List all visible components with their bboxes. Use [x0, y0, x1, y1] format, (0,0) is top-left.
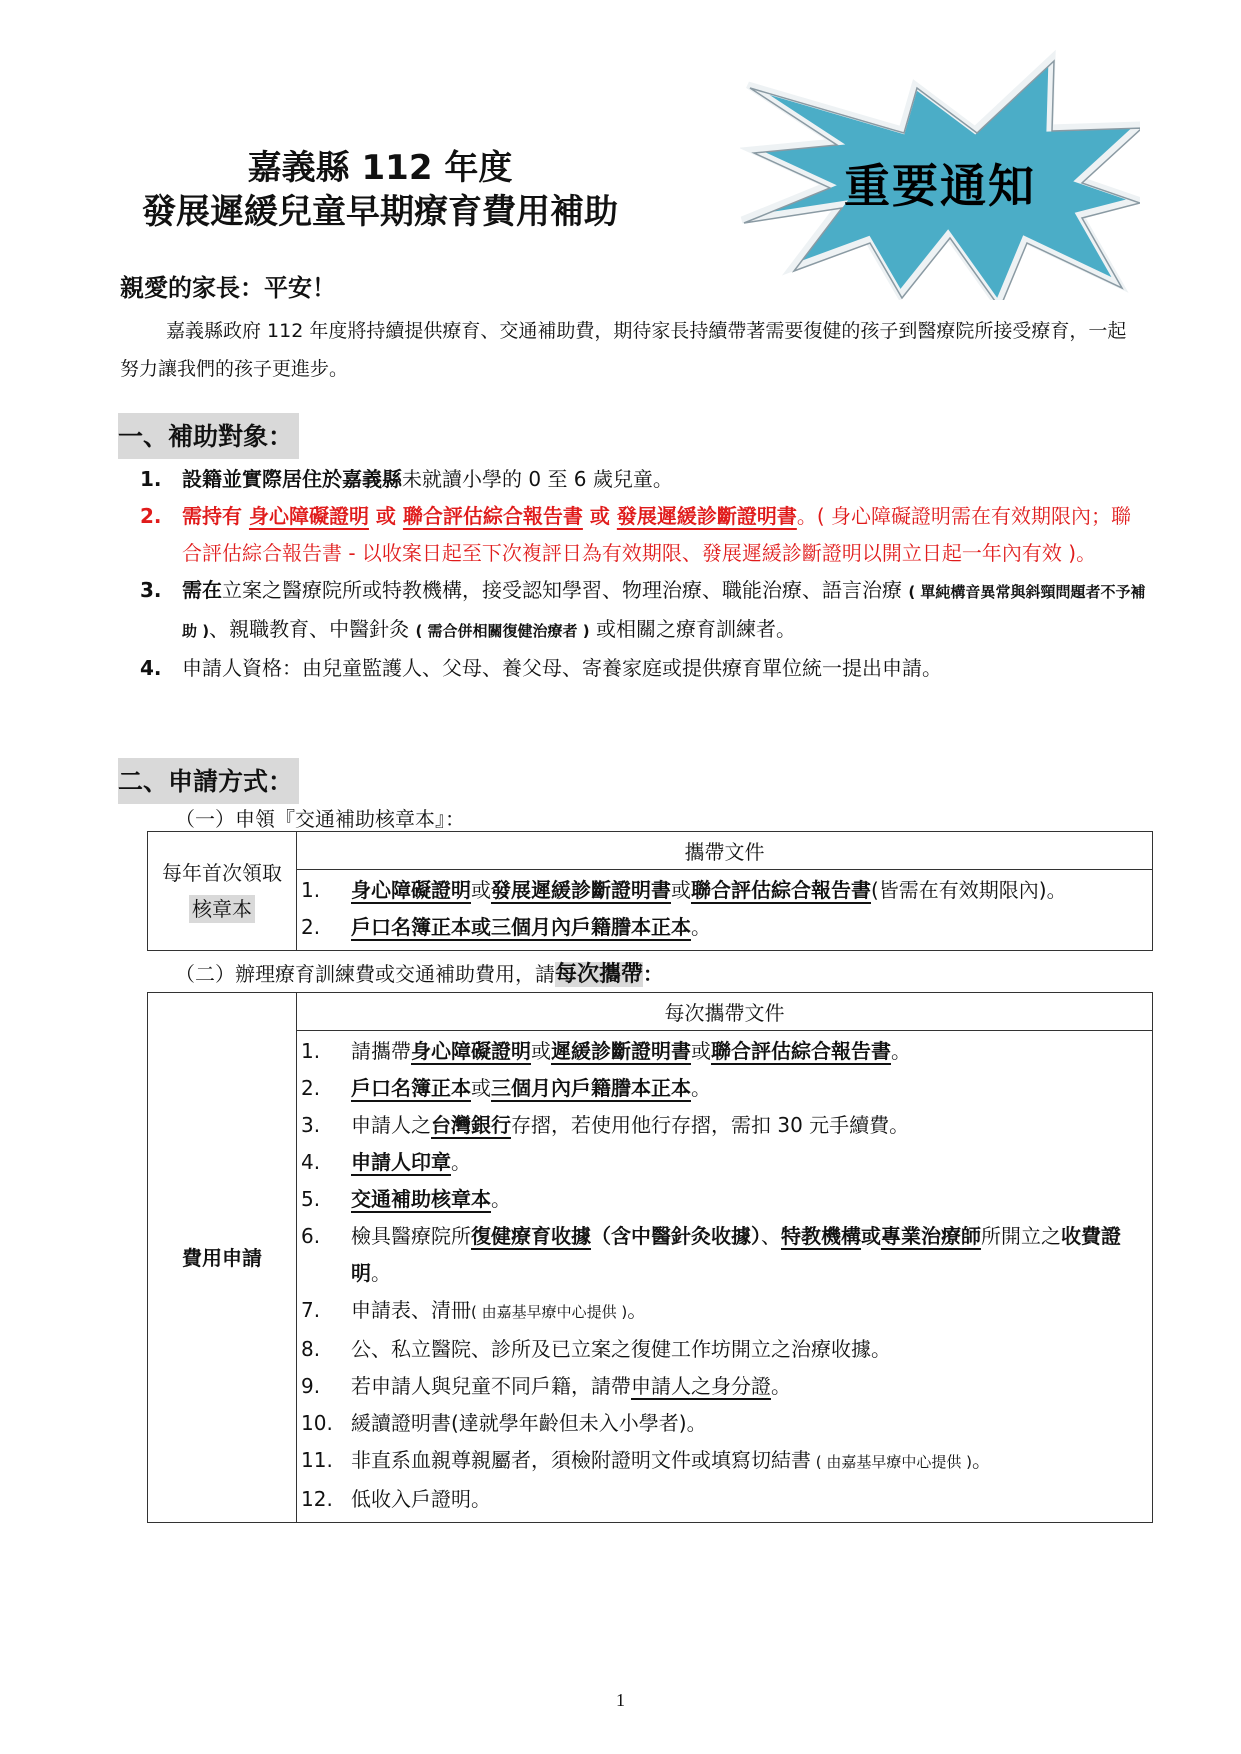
- document-item: 8.公、私立醫院、診所及已立案之復健工作坊開立之治療收據。: [297, 1331, 1152, 1368]
- item-number: 12.: [297, 1481, 351, 1518]
- text-run: 緩讀證明書(達就學年齡但未入小學者)。: [351, 1411, 707, 1435]
- part2-subheading-suffix: ：: [643, 962, 663, 986]
- part2-subheading-highlight: 每次攜帶: [555, 962, 643, 987]
- section2-heading: 二、申請方式：: [118, 758, 299, 804]
- text-run: 身心障礙證明: [249, 504, 369, 528]
- document-title-line2: 發展遲緩兒童早期療育費用補助: [120, 190, 640, 234]
- text-run: 或: [471, 1076, 491, 1100]
- item-number: 1.: [140, 461, 182, 498]
- document-item: 5.交通補助核章本。: [297, 1181, 1152, 1218]
- item-number: 6.: [297, 1218, 351, 1292]
- text-run: 或: [471, 878, 491, 902]
- text-run: 發展遲緩診斷證明書: [617, 504, 797, 528]
- text-run: 申請人印章: [351, 1150, 451, 1174]
- text-run: 身心障礙證明: [411, 1039, 531, 1063]
- text-run: 。: [891, 1039, 911, 1063]
- section1-heading: 一、補助對象：: [118, 413, 299, 459]
- row-label-line1: 每年首次領取: [148, 855, 296, 891]
- part1-subheading: （一）申領『交通補助核章本』：: [175, 803, 465, 832]
- item-number: 2.: [297, 1070, 351, 1107]
- text-run: 發展遲緩診斷證明書: [491, 878, 671, 902]
- text-run: ( 需合併相關復健治療者 ): [415, 622, 589, 640]
- text-run: 檢具醫療院所: [351, 1224, 471, 1248]
- text-run: 戶口名簿正本或: [351, 915, 491, 939]
- text-run: 或: [671, 878, 691, 902]
- item-text: 需持有 身心障礙證明 或 聯合評估綜合報告書 或 發展遲緩診斷證明書。( 身心障…: [182, 498, 1150, 572]
- item-text: 申請表、清冊( 由嘉基早療中心提供 )。: [351, 1292, 1152, 1331]
- part2-subheading: （二）辦理療育訓練費或交通補助費用，請每次攜帶：: [175, 955, 663, 994]
- text-run: 請攜帶: [351, 1039, 411, 1063]
- text-run: 或: [861, 1224, 881, 1248]
- stamp-book-documents: 1.身心障礙證明或發展遲緩診斷證明書或聯合評估綜合報告書(皆需在有效期限內)。2…: [297, 870, 1153, 951]
- item-text: 申請人印章。: [351, 1144, 1152, 1181]
- eligibility-item: 2.需持有 身心障礙證明 或 聯合評估綜合報告書 或 發展遲緩診斷證明書。( 身…: [140, 498, 1150, 572]
- text-run: 。: [972, 1448, 992, 1472]
- eligibility-list: 1.設籍並實際居住於嘉義縣未就讀小學的 0 至 6 歲兒童。2.需持有 身心障礙…: [140, 461, 1150, 687]
- text-run: 特教機構: [781, 1224, 861, 1248]
- text-run: 。: [371, 1261, 391, 1285]
- page-number: 1: [0, 1690, 1241, 1711]
- text-run: 。: [451, 1150, 471, 1174]
- document-item: 6.檢具醫療院所復健療育收據（含中醫針灸收據）、特教機構或專業治療師所開立之收費…: [297, 1218, 1152, 1292]
- text-run: 。: [491, 1187, 511, 1211]
- text-run: ( 由嘉基早療中心提供 ): [471, 1303, 627, 1321]
- document-item: 1.身心障礙證明或發展遲緩診斷證明書或聯合評估綜合報告書(皆需在有效期限內)。: [297, 872, 1152, 909]
- item-number: 4.: [140, 650, 182, 687]
- document-item: 7.申請表、清冊( 由嘉基早療中心提供 )。: [297, 1292, 1152, 1331]
- document-title-line1: 嘉義縣 112 年度: [120, 146, 640, 190]
- item-text: 若申請人與兒童不同戶籍，請帶申請人之身分證。: [351, 1368, 1152, 1405]
- text-run: 未就讀小學的 0 至 6 歲兒童。: [402, 467, 673, 491]
- item-number: 9.: [297, 1368, 351, 1405]
- item-number: 8.: [297, 1331, 351, 1368]
- row-label-fee-application: 費用申請: [148, 993, 297, 1523]
- document-item: 11.非直系血親尊親屬者，須檢附證明文件或填寫切結書 ( 由嘉基早療中心提供 )…: [297, 1442, 1152, 1481]
- item-number: 1.: [297, 1033, 351, 1070]
- document-item: 12.低收入戶證明。: [297, 1481, 1152, 1518]
- text-run: 存摺，若使用他行存摺，需扣 30 元手續費。: [511, 1113, 909, 1137]
- text-run: 交通補助核章本: [351, 1187, 491, 1211]
- item-text: 戶口名簿正本或三個月內戶籍謄本正本。: [351, 1070, 1152, 1107]
- fee-application-documents: 1.請攜帶身心障礙證明或遲緩診斷證明書或聯合評估綜合報告書。2.戶口名簿正本或三…: [297, 1031, 1153, 1523]
- item-text: 需在立案之醫療院所或特教機構，接受認知學習、物理治療、職能治療、語言治療 ( 單…: [182, 572, 1150, 650]
- item-number: 7.: [297, 1292, 351, 1331]
- text-run: 。: [691, 1076, 711, 1100]
- text-run: 身心障礙證明: [351, 878, 471, 902]
- document-item: 10.緩讀證明書(達就學年齡但未入小學者)。: [297, 1405, 1152, 1442]
- item-number: 11.: [297, 1442, 351, 1481]
- text-run: 所開立之: [981, 1224, 1061, 1248]
- item-text: 請攜帶身心障礙證明或遲緩診斷證明書或聯合評估綜合報告書。: [351, 1033, 1152, 1070]
- item-number: 3.: [297, 1107, 351, 1144]
- part2-subheading-prefix: （二）辦理療育訓練費或交通補助費用，請: [175, 962, 555, 986]
- intro-paragraph: 嘉義縣政府 112 年度將持續提供療育、交通補助費，期待家長持續帶著需要復健的孩…: [120, 312, 1140, 388]
- row-label-line2: 核章本: [189, 895, 255, 923]
- text-run: 台灣銀行: [431, 1113, 511, 1137]
- eligibility-item: 3.需在立案之醫療院所或特教機構，接受認知學習、物理治療、職能治療、語言治療 (…: [140, 572, 1150, 650]
- text-run: 戶口名簿正本: [351, 1076, 471, 1100]
- text-run: 立案之醫療院所或特教機構，接受認知學習、物理治療、職能治療、語言治療: [222, 578, 908, 602]
- text-run: 或相關之療育訓練者。: [590, 617, 796, 641]
- text-run: 或: [531, 1039, 551, 1063]
- text-run: （含中醫針灸收據）: [591, 1224, 761, 1248]
- text-run: 。: [771, 1374, 791, 1398]
- text-run: 申請人之: [351, 1113, 431, 1137]
- document-item: 1.請攜帶身心障礙證明或遲緩診斷證明書或聯合評估綜合報告書。: [297, 1033, 1152, 1070]
- document-item: 4.申請人印章。: [297, 1144, 1152, 1181]
- item-text: 申請人資格：由兒童監護人、父母、養父母、寄養家庭或提供療育單位統一提出申請。: [182, 650, 1150, 687]
- eligibility-item: 1.設籍並實際居住於嘉義縣未就讀小學的 0 至 6 歲兒童。: [140, 461, 1150, 498]
- text-run: (皆需在有效期限內)。: [871, 878, 1067, 902]
- text-run: 復健療育收據: [471, 1224, 591, 1248]
- document-item: 9.若申請人與兒童不同戶籍，請帶申請人之身分證。: [297, 1368, 1152, 1405]
- text-run: 聯合評估綜合報告書: [711, 1039, 891, 1063]
- column-header-documents: 攜帶文件: [297, 832, 1153, 870]
- text-run: 聯合評估綜合報告書: [691, 878, 871, 902]
- item-number: 10.: [297, 1405, 351, 1442]
- text-run: 公、私立醫院、診所及已立案之復健工作坊開立之治療收據。: [351, 1337, 891, 1361]
- text-run: 。: [627, 1298, 647, 1322]
- item-text: 公、私立醫院、診所及已立案之復健工作坊開立之治療收據。: [351, 1331, 1152, 1368]
- item-text: 身心障礙證明或發展遲緩診斷證明書或聯合評估綜合報告書(皆需在有效期限內)。: [351, 872, 1152, 909]
- text-run: 申請表、清冊: [351, 1298, 471, 1322]
- text-run: 需持有: [182, 504, 249, 528]
- text-run: 三個月內戶籍謄本正本: [491, 1076, 691, 1100]
- item-number: 5.: [297, 1181, 351, 1218]
- text-run: 申請人之身分證: [631, 1374, 771, 1398]
- item-number: 2.: [140, 498, 182, 572]
- item-text: 申請人之台灣銀行存摺，若使用他行存摺，需扣 30 元手續費。: [351, 1107, 1152, 1144]
- document-item: 2.戶口名簿正本或三個月內戶籍謄本正本。: [297, 909, 1152, 946]
- text-run: 申請人資格：由兒童監護人、父母、養父母、寄養家庭或提供療育單位統一提出申請。: [182, 656, 942, 680]
- fee-application-table: 費用申請 每次攜帶文件 1.請攜帶身心障礙證明或遲緩診斷證明書或聯合評估綜合報告…: [147, 992, 1153, 1523]
- item-text: 交通補助核章本。: [351, 1181, 1152, 1218]
- text-run: 或: [369, 504, 403, 528]
- text-run: 遲緩診斷證明書: [551, 1039, 691, 1063]
- text-run: 或: [691, 1039, 711, 1063]
- eligibility-item: 4.申請人資格：由兒童監護人、父母、養父母、寄養家庭或提供療育單位統一提出申請。: [140, 650, 1150, 687]
- text-run: 低收入戶證明。: [351, 1487, 491, 1511]
- text-run: 、親職教育、中醫針灸: [209, 617, 415, 641]
- row-label-first-time: 每年首次領取 核章本: [148, 832, 297, 951]
- column-header-each-time-documents: 每次攜帶文件: [297, 993, 1153, 1031]
- item-text: 戶口名簿正本或三個月內戶籍謄本正本。: [351, 909, 1152, 946]
- text-run: 非直系血親尊親屬者，須檢附證明文件或填寫切結書: [351, 1448, 811, 1472]
- item-text: 檢具醫療院所復健療育收據（含中醫針灸收據）、特教機構或專業治療師所開立之收費證明…: [351, 1218, 1152, 1292]
- item-number: 3.: [140, 572, 182, 650]
- text-run: 設籍並實際居住: [182, 467, 322, 491]
- document-item: 2.戶口名簿正本或三個月內戶籍謄本正本。: [297, 1070, 1152, 1107]
- text-run: ( 由嘉基早療中心提供 ): [811, 1453, 972, 1471]
- important-notice-label: 重要通知: [760, 150, 1120, 216]
- text-run: 、: [761, 1224, 781, 1248]
- text-run: 需在: [182, 578, 222, 602]
- item-text: 設籍並實際居住於嘉義縣未就讀小學的 0 至 6 歲兒童。: [182, 461, 1150, 498]
- text-run: 若申請人與兒童不同戶籍，請帶: [351, 1374, 631, 1398]
- document-item: 3.申請人之台灣銀行存摺，若使用他行存摺，需扣 30 元手續費。: [297, 1107, 1152, 1144]
- item-text: 緩讀證明書(達就學年齡但未入小學者)。: [351, 1405, 1152, 1442]
- item-text: 非直系血親尊親屬者，須檢附證明文件或填寫切結書 ( 由嘉基早療中心提供 )。: [351, 1442, 1152, 1481]
- item-number: 2.: [297, 909, 351, 946]
- text-run: 或: [583, 504, 617, 528]
- text-run: 於嘉義縣: [322, 467, 402, 491]
- item-number: 1.: [297, 872, 351, 909]
- text-run: 聯合評估綜合報告書: [403, 504, 583, 528]
- text-run: 。: [691, 915, 711, 939]
- item-text: 低收入戶證明。: [351, 1481, 1152, 1518]
- stamp-book-table: 每年首次領取 核章本 攜帶文件 1.身心障礙證明或發展遲緩診斷證明書或聯合評估綜…: [147, 831, 1153, 951]
- text-run: 專業治療師: [881, 1224, 981, 1248]
- item-number: 4.: [297, 1144, 351, 1181]
- text-run: 三個月內戶籍謄本正本: [491, 915, 691, 939]
- greeting: 親愛的家長：平安！: [120, 268, 336, 303]
